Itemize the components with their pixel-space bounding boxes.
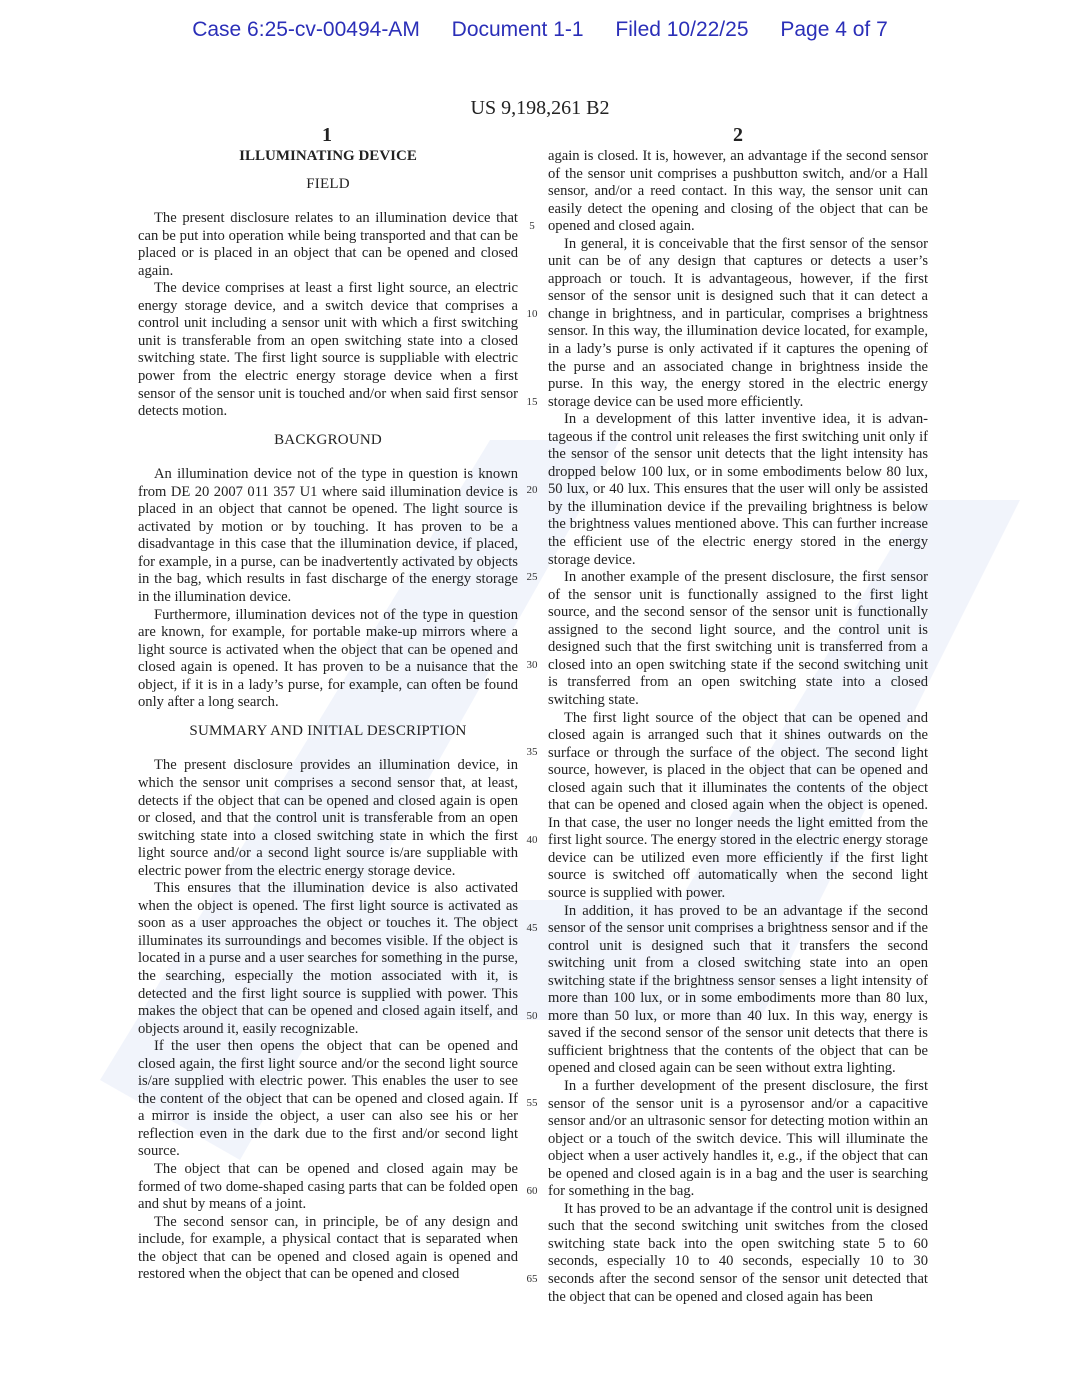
line-number: 55	[521, 1097, 543, 1109]
line-number: 15	[521, 396, 543, 408]
column-number-left: 1	[312, 124, 342, 147]
line-number: 25	[521, 571, 543, 583]
section-heading-field: FIELD	[138, 176, 518, 194]
document-number: Document 1-1	[452, 18, 584, 41]
paragraph: The first light source of the object tha…	[548, 710, 928, 903]
court-filing-header: Case 6:25-cv-00494-AM Document 1-1 Filed…	[0, 18, 1080, 42]
paragraph: The present disclosure relates to an ill…	[138, 210, 518, 280]
paragraph: In a development of this latter inventiv…	[548, 411, 928, 569]
right-column: again is closed. It is, however, an adva…	[548, 148, 928, 1306]
paragraph: An illumination device not of the type i…	[138, 466, 518, 606]
paragraph: again is closed. It is, however, an adva…	[548, 148, 928, 236]
section-heading-background: BACKGROUND	[138, 432, 518, 450]
paragraph: This ensures that the illumination devic…	[138, 880, 518, 1038]
paragraph: In a further development of the present …	[548, 1078, 928, 1201]
line-number: 60	[521, 1185, 543, 1197]
section-heading-summary: SUMMARY AND INITIAL DESCRIPTION	[138, 723, 518, 741]
page-indicator: Page 4 of 7	[780, 18, 887, 41]
paragraph: The object that can be opened and closed…	[138, 1161, 518, 1214]
document-title: ILLUMINATING DEVICE	[138, 148, 518, 166]
patent-number: US 9,198,261 B2	[0, 97, 1080, 120]
left-column: ILLUMINATING DEVICE FIELD The present di…	[138, 148, 518, 1284]
paragraph: It has proved to be an advantage if the …	[548, 1201, 928, 1306]
line-number: 40	[521, 834, 543, 846]
line-number: 35	[521, 746, 543, 758]
case-number: Case 6:25-cv-00494-AM	[192, 18, 420, 41]
paragraph: The present disclosure provides an illum…	[138, 757, 518, 880]
paragraph: If the user then opens the object that c…	[138, 1038, 518, 1161]
paragraph: In general, it is conceivable that the f…	[548, 236, 928, 411]
paragraph: In another example of the present disclo…	[548, 569, 928, 709]
paragraph: The second sensor can, in principle, be …	[138, 1214, 518, 1284]
filed-date: Filed 10/22/25	[615, 18, 748, 41]
paragraph: Furthermore, illumination devices not of…	[138, 607, 518, 712]
line-number: 10	[521, 308, 543, 320]
paragraph: The device comprises at least a first li…	[138, 280, 518, 420]
line-number: 20	[521, 484, 543, 496]
line-number: 50	[521, 1010, 543, 1022]
line-number: 30	[521, 659, 543, 671]
line-number: 5	[521, 220, 543, 232]
line-number: 45	[521, 922, 543, 934]
line-number: 65	[521, 1273, 543, 1285]
column-number-right: 2	[723, 124, 753, 147]
paragraph: In addition, it has proved to be an adva…	[548, 903, 928, 1078]
